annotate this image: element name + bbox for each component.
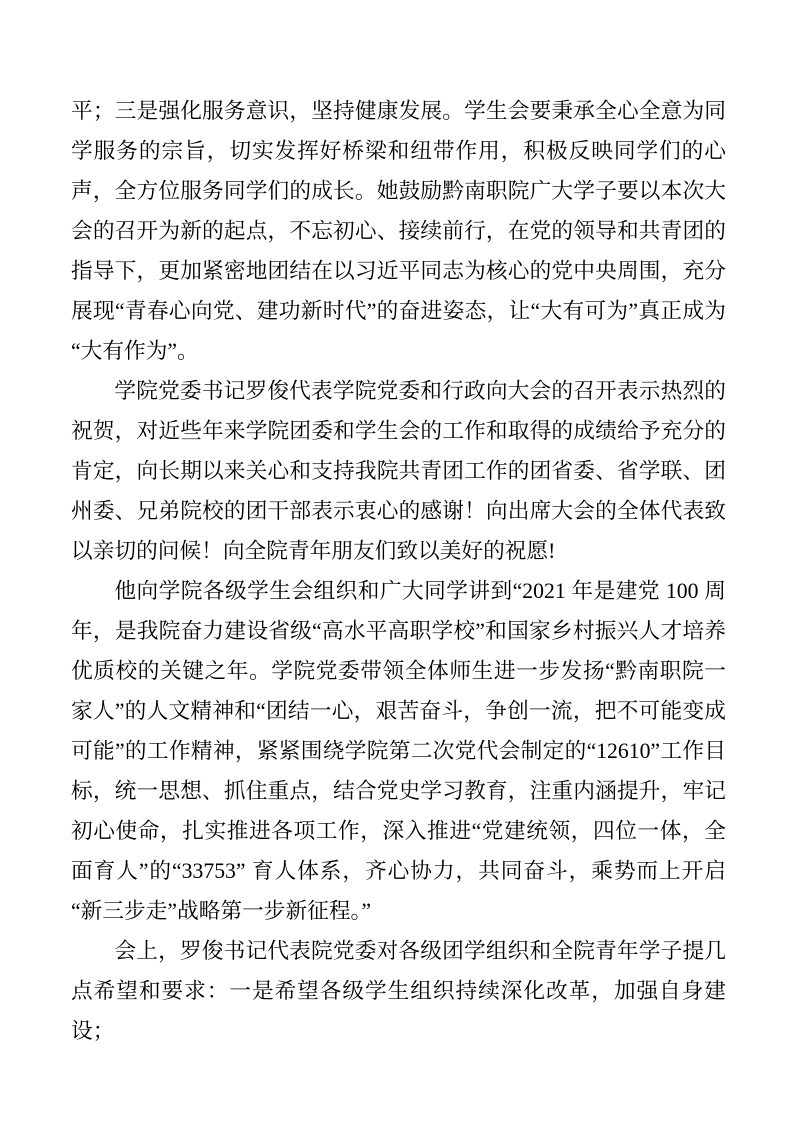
document-page: 平；三是强化服务意识，坚持健康发展。学生会要秉承全心全意为同学服务的宗旨，切实发… <box>0 0 793 1122</box>
paragraph-continuation: 平；三是强化服务意识，坚持健康发展。学生会要秉承全心全意为同学服务的宗旨，切实发… <box>71 91 726 371</box>
paragraph-party-secretary-congratulations: 学院党委书记罗俊代表学院党委和行政向大会的召开表示热烈的祝贺，对近些年来学院团委… <box>71 371 726 571</box>
paragraph-speech-2021: 他向学院各级学生会组织和广大同学讲到“2021 年是建党 100 周年，是我院奋… <box>71 571 726 931</box>
document-text-block: 平；三是强化服务意识，坚持健康发展。学生会要秉承全心全意为同学服务的宗旨，切实发… <box>71 91 726 1051</box>
paragraph-hopes-and-requirements: 会上，罗俊书记代表院党委对各级团学组织和全院青年学子提几点希望和要求：一是希望各… <box>71 931 726 1051</box>
